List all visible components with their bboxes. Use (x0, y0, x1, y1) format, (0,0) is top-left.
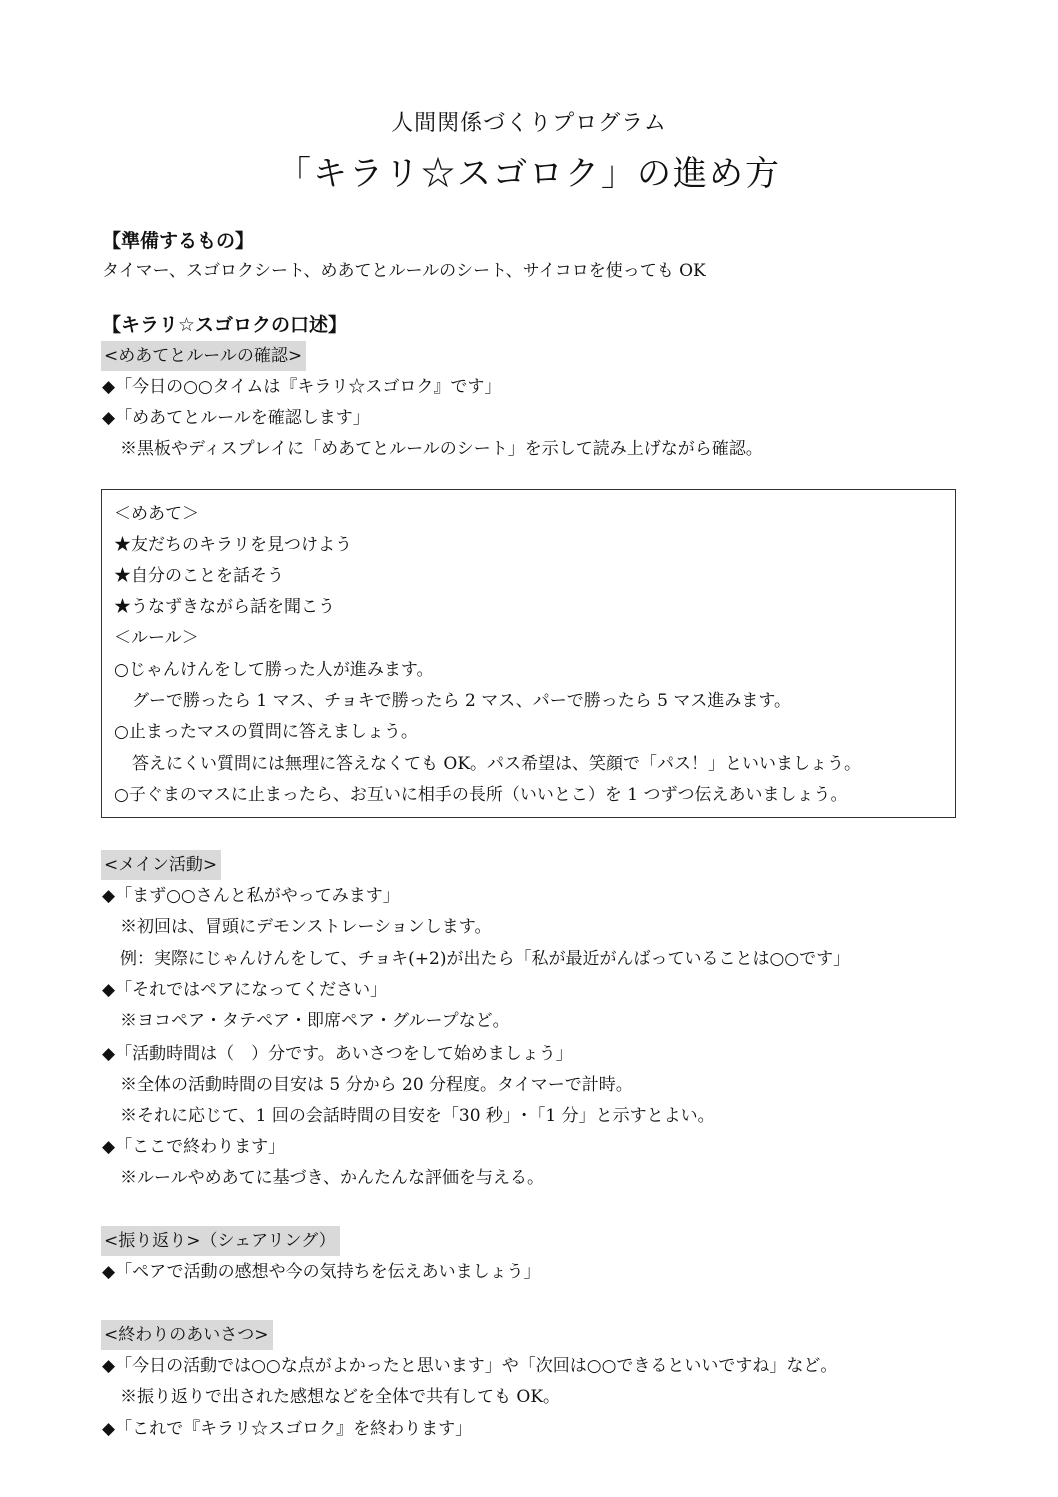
main-activity-item: ◆「活動時間は（ ）分です。あいさつをして始めましょう」 (102, 1041, 573, 1067)
goal-item: ★自分のことを話そう (114, 563, 284, 589)
confirm-item: ◆「めあてとルールを確認します」 (102, 405, 370, 431)
closing-label: <終わりのあいさつ> (101, 1320, 273, 1350)
goal-item: ★うなずきながら話を聞こう (114, 594, 335, 620)
main-activity-note: ※全体の活動時間の目安は 5 分から 20 分程度。タイマーで計時。 (120, 1072, 633, 1098)
rules-label: ＜ルール＞ (114, 625, 199, 651)
main-activity-note: ※ヨコペア・タテペア・即席ペア・グループなど。 (120, 1008, 510, 1034)
goals-label: ＜めあて＞ (114, 501, 199, 527)
closing-item: ◆「これで『キラリ☆スゴロク』を終わります」 (102, 1416, 472, 1442)
rule-detail: 答えにくい質問には無理に答えなくても OK。パス希望は、笑顔で「パス！」といいま… (132, 751, 861, 777)
main-activity-label: <メイン活動> (101, 850, 221, 880)
goal-item: ★友だちのキラリを見つけよう (114, 532, 352, 558)
main-activity-item: ◆「まず○○さんと私がやってみます」 (102, 883, 400, 909)
closing-item: ◆「今日の活動では○○な点がよかったと思います」や「次回は○○できるといいですね… (102, 1353, 837, 1379)
prep-heading: 【準備するもの】 (102, 226, 254, 253)
rule-detail: グーで勝ったら 1 マス、チョキで勝ったら 2 マス、パーで勝ったら 5 マス進… (132, 688, 791, 714)
rule-item: ○止まったマスの質問に答えましょう。 (114, 719, 418, 745)
prep-text: タイマー、スゴロクシート、めあてとルールのシート、サイコロを使っても OK (102, 258, 706, 284)
document-subtitle: 人間関係づくりプログラム (0, 106, 1058, 137)
reflection-label: <振り返り>（シェアリング） (101, 1226, 340, 1256)
main-activity-note: ※それに応じて、1 回の会話時間の目安を「30 秒」･「1 分」と示すとよい。 (120, 1103, 715, 1129)
confirm-note: ※黒板やディスプレイに「めあてとルールのシート」を示して読み上げながら確認。 (120, 436, 763, 462)
confirm-item: ◆「今日の○○タイムは『キラリ☆スゴロク』です」 (102, 374, 501, 400)
rule-item: ○子ぐまのマスに止まったら、お互いに相手の長所（いいとこ）を 1 つずつ伝えあい… (114, 782, 847, 808)
rule-item: ○じゃんけんをして勝った人が進みます。 (114, 657, 433, 683)
main-activity-note: 例：実際にじゃんけんをして、チョキ(+2)が出たら「私が最近がんばっていることは… (120, 946, 850, 972)
main-activity-note: ※ルールやめあてに基づき、かんたんな評価を与える。 (120, 1165, 544, 1191)
closing-note: ※振り返りで出された感想などを全体で共有しても OK。 (120, 1384, 560, 1410)
main-activity-item: ◆「それではペアになってください」 (102, 977, 387, 1003)
main-activity-note: ※初回は、冒頭にデモンストレーションします。 (120, 914, 491, 940)
rules-box: ＜めあて＞ ★友だちのキラリを見つけよう ★自分のことを話そう ★うなずきながら… (101, 489, 956, 818)
main-activity-item: ◆「ここで終わります」 (102, 1134, 285, 1160)
document-page: 人間関係づくりプログラム 「キラリ☆スゴロク」の進め方 【準備するもの】 タイマ… (0, 0, 1058, 1497)
document-title: 「キラリ☆スゴロク」の進め方 (0, 146, 1058, 195)
confirm-label: <めあてとルールの確認> (101, 341, 306, 371)
reflection-item: ◆「ペアで活動の感想や今の気持ちを伝えあいましょう」 (102, 1259, 541, 1285)
script-heading: 【キラリ☆スゴロクの口述】 (102, 310, 347, 337)
